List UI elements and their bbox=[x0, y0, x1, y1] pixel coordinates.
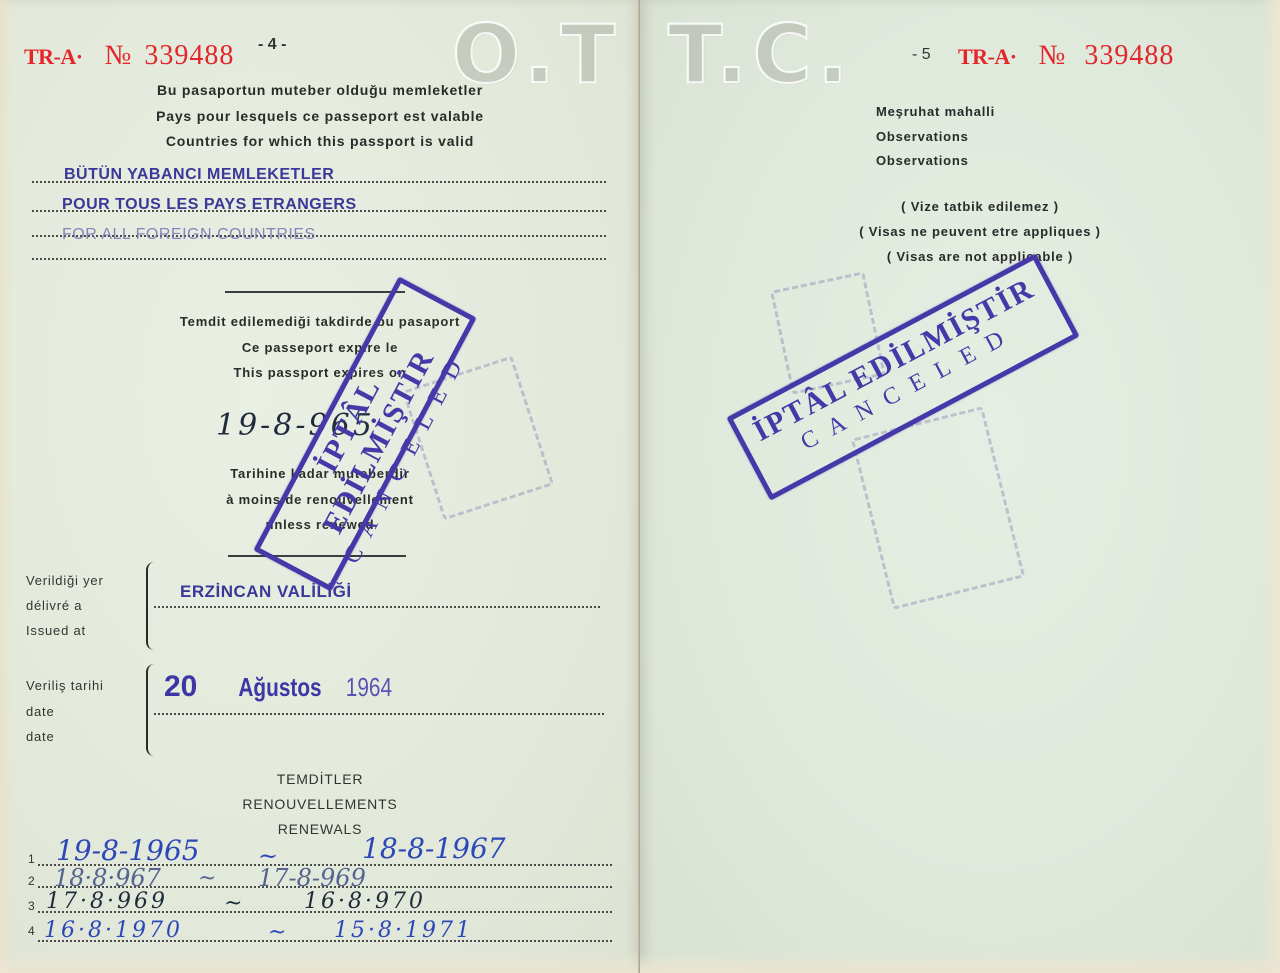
valid-countries-stamp-fr: POUR TOUS LES PAYS ETRANGERS bbox=[62, 196, 357, 214]
renewal-row: 3 17·8·969 ~ 16·8·970 bbox=[28, 891, 612, 915]
renewal-to: 15·8·1971 bbox=[334, 918, 473, 943]
valid-countries-stamp-en: FOR ALL FOREIGN COUNTRIES bbox=[62, 226, 316, 244]
visa-note-en: ( Visas are not applicable ) bbox=[780, 249, 1180, 264]
paper-edge bbox=[1260, 0, 1280, 973]
observations-label-fr: Observations bbox=[876, 129, 969, 144]
issue-date-stamp: 20 Ağustos 1964 bbox=[164, 670, 398, 704]
serial-number: TR-A· № 339488 bbox=[24, 40, 234, 72]
tilde: ~ bbox=[268, 920, 286, 945]
tilde: ~ bbox=[198, 866, 216, 891]
page-number: - 4 - bbox=[258, 36, 286, 54]
embossed-seal: T.C. bbox=[668, 8, 854, 101]
paper-edge bbox=[0, 951, 640, 973]
dotted-line bbox=[32, 258, 606, 260]
observations-label-tr: Meşruhat mahalli bbox=[876, 104, 995, 119]
renewal-to: 16·8·970 bbox=[304, 889, 426, 914]
valid-countries-label-tr: Bu pasaportun muteber olduğu memleketler bbox=[120, 82, 520, 98]
visa-note-fr: ( Visas ne peuvent etre appliques ) bbox=[780, 224, 1180, 239]
renewal-from: 18·8·967 bbox=[54, 864, 161, 892]
dotted-line bbox=[154, 606, 600, 608]
issue-date-label-tr: Veriliş tarihi bbox=[26, 678, 104, 693]
page-number: - 5 bbox=[912, 46, 931, 64]
issue-month: Ağustos bbox=[238, 672, 321, 703]
renewal-row: 1 19-8-1965 ~ 18-8-1967 bbox=[28, 836, 612, 866]
observations-label-en: Observations bbox=[876, 153, 969, 168]
row-number: 4 bbox=[28, 924, 35, 938]
serial-prefix: TR-A· bbox=[958, 44, 1017, 69]
rule bbox=[225, 291, 405, 293]
serial-value: 339488 bbox=[1084, 40, 1174, 71]
renewal-row: 4 16·8·1970 ~ 15·8·1971 bbox=[28, 916, 612, 940]
renewal-from: 17·8·969 bbox=[46, 889, 168, 914]
renewal-from: 19-8-1965 bbox=[56, 834, 200, 867]
dotted-line bbox=[154, 713, 604, 715]
valid-countries-label-en: Countries for which this passport is val… bbox=[120, 133, 520, 149]
issue-date-label-en: date bbox=[26, 729, 55, 744]
issue-year: 1964 bbox=[346, 672, 392, 703]
issue-date-label-fr: date bbox=[26, 704, 55, 719]
issue-day: 20 bbox=[164, 670, 197, 703]
issued-at-label-fr: délivré a bbox=[26, 598, 82, 613]
serial-value: 339488 bbox=[144, 40, 234, 71]
visa-note-tr: ( Vize tatbik edilemez ) bbox=[780, 199, 1180, 214]
paper-edge bbox=[640, 951, 1280, 973]
passport-page-5: T.C. - 5 TR-A· № 339488 Meşruhat mahalli… bbox=[640, 0, 1280, 973]
serial-number: TR-A· № 339488 bbox=[958, 40, 1174, 72]
valid-countries-label-fr: Pays pour lesquels ce passeport est vala… bbox=[120, 108, 520, 124]
row-number: 3 bbox=[28, 899, 35, 913]
issued-at-label-tr: Verildiği yer bbox=[26, 573, 104, 588]
renewal-to: 18-8-1967 bbox=[362, 832, 506, 865]
passport-page-4: O.T TR-A· № 339488 - 4 - Bu pasaportun m… bbox=[0, 0, 640, 973]
renewals-title-fr: RENOUVELLEMENTS bbox=[120, 796, 520, 812]
renewal-from: 16·8·1970 bbox=[44, 918, 183, 943]
renewal-row: 2 18·8·967 ~ 17-8-969 bbox=[28, 866, 612, 890]
numero-sign: № bbox=[105, 40, 133, 71]
tilde: ~ bbox=[224, 891, 242, 916]
brace bbox=[146, 664, 158, 756]
row-number: 2 bbox=[28, 874, 35, 888]
paper-edge bbox=[0, 0, 14, 973]
serial-prefix: TR-A· bbox=[24, 44, 83, 69]
issued-at-label-en: Issued at bbox=[26, 623, 86, 638]
numero-sign: № bbox=[1039, 40, 1067, 71]
valid-countries-stamp-tr: BÜTÜN YABANCI MEMLEKETLER bbox=[64, 166, 334, 184]
renewals-title-tr: TEMDİTLER bbox=[120, 771, 520, 787]
row-number: 1 bbox=[28, 852, 35, 866]
renewal-to: 17-8-969 bbox=[258, 864, 366, 892]
